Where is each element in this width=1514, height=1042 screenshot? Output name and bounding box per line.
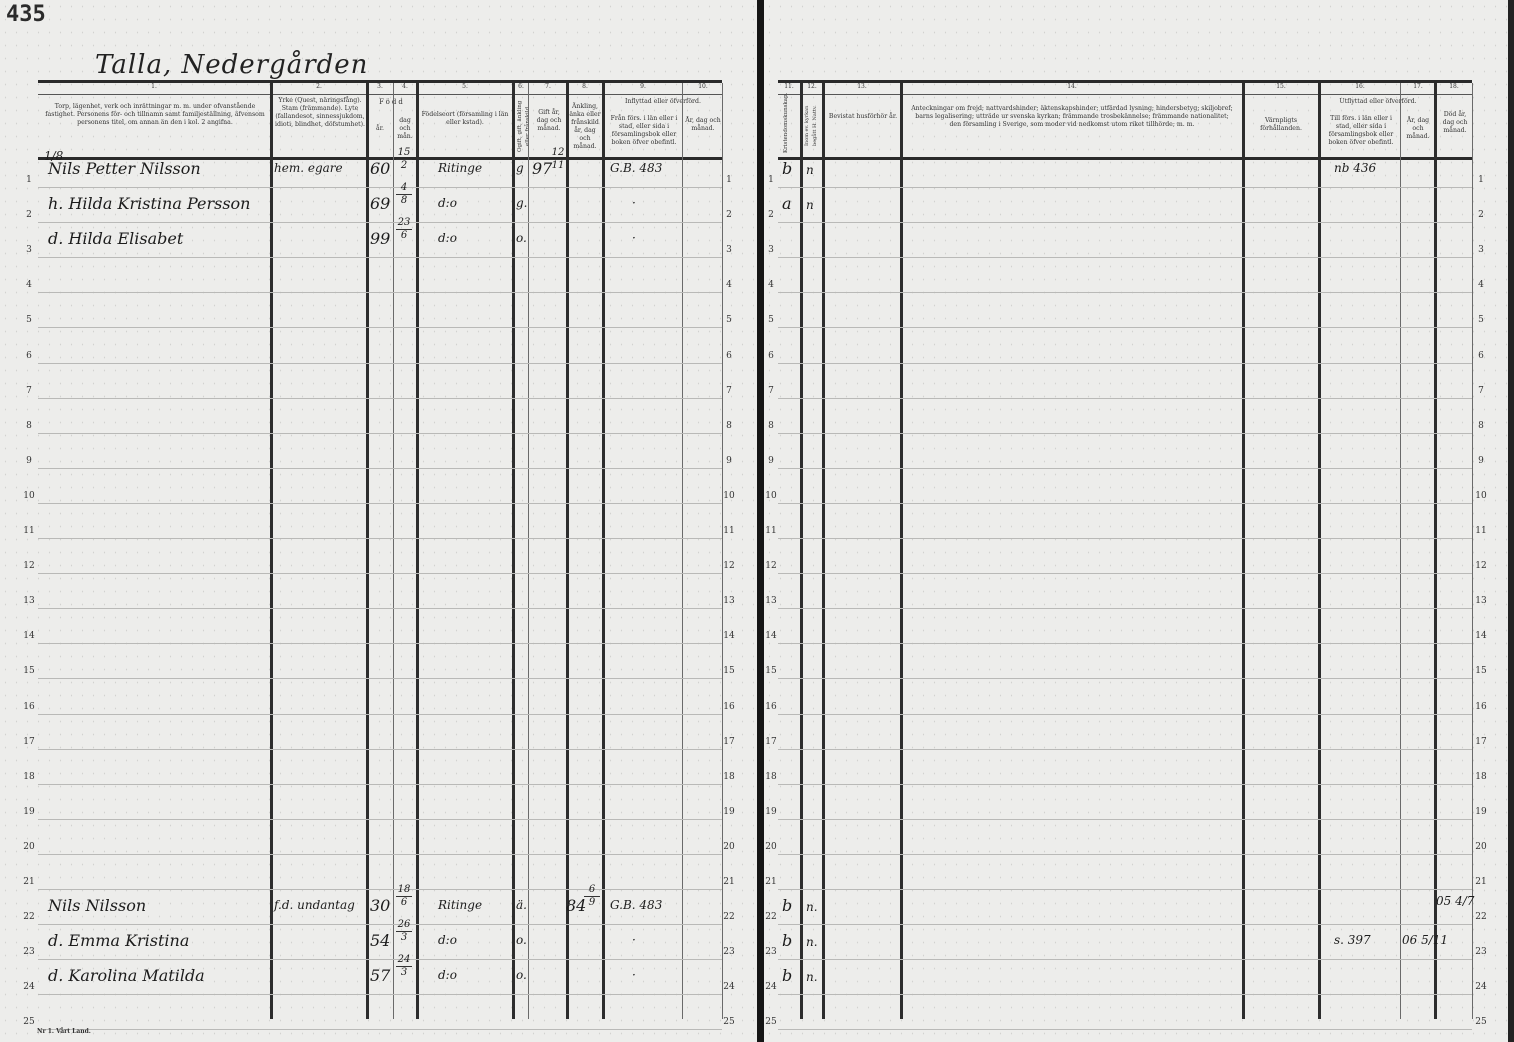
- birth-day-month: 236: [396, 217, 412, 242]
- row-number-right: 13: [722, 596, 736, 606]
- marital-status: g: [516, 161, 524, 175]
- row-number-right: 5: [1474, 315, 1488, 325]
- row-number-left: 9: [764, 456, 778, 466]
- row-number-left: 24: [764, 982, 778, 992]
- row-line: [38, 503, 722, 504]
- row-line: [38, 222, 722, 223]
- left-page: 435 Talla, Nedergården 1. 2. 3. 4. 5. 6.…: [0, 0, 757, 1042]
- row-number-left: 12: [764, 561, 778, 571]
- col-number: 5.: [418, 83, 512, 90]
- christian-knowledge: b: [782, 931, 792, 950]
- row-number-left: 18: [22, 772, 36, 782]
- widowed-day-month: 69: [584, 884, 600, 909]
- christian-knowledge: b: [782, 159, 792, 178]
- column-divider: [800, 83, 803, 1019]
- moved-in-from: G.B. 483: [610, 898, 662, 912]
- marital-status: g.: [516, 196, 528, 210]
- footer-note: Nr 1. Vårt Land.: [37, 1028, 91, 1035]
- header-col18: Död år, dag och månad.: [1438, 111, 1472, 135]
- column-divider: [822, 83, 825, 1019]
- row-number-right: 14: [1474, 631, 1488, 641]
- header-col1: Torp, lägenhet, verk och inrättningar m.…: [44, 103, 266, 127]
- row-number-left: 4: [764, 280, 778, 290]
- christian-knowledge: a: [782, 194, 792, 213]
- row-number-left: 22: [22, 912, 36, 922]
- row-line: [38, 538, 722, 539]
- moved-in-from: ·: [632, 196, 636, 210]
- row-number-right: 21: [722, 877, 736, 887]
- row-line: [778, 327, 1472, 328]
- row-number-right: 18: [1474, 772, 1488, 782]
- column-number-row: 11. 12. 13. 14. 15. 16. 17. 18.: [778, 83, 1472, 95]
- header-col9: Från förs. i län eller i stad, eller sid…: [606, 115, 682, 147]
- moved-out-to: s. 397: [1334, 933, 1371, 947]
- row-number-left: 15: [764, 666, 778, 676]
- header-col8: Änkling, änka eller frånskild år, dag oc…: [568, 103, 602, 151]
- row-line: [38, 187, 722, 188]
- row-number-right: 16: [1474, 702, 1488, 712]
- birth-year: 57: [370, 966, 390, 985]
- row-number-right: 14: [722, 631, 736, 641]
- birth-day-month: 263: [396, 919, 412, 944]
- birth-year: 54: [370, 931, 390, 950]
- row-number-left: 17: [764, 737, 778, 747]
- header-moved-out: Utflyttad eller öfverförd.: [1322, 98, 1434, 106]
- header-col13: Bevistat husförhör år.: [828, 113, 898, 121]
- row-number-right: 2: [722, 210, 736, 220]
- row-number-right: 1: [722, 175, 736, 185]
- row-number-left: 1: [764, 175, 778, 185]
- column-divider: [270, 83, 273, 1019]
- header-col15: Värnpligts förhållanden.: [1246, 117, 1316, 133]
- married-day-month: 1211: [550, 147, 566, 172]
- header-col16: Till förs. i län eller i stad, eller sid…: [1322, 115, 1400, 147]
- row-number-right: 11: [722, 526, 736, 536]
- header-row: Kristendomskunskap. Inom ev. kyrkan begå…: [778, 95, 1472, 160]
- row-number-right: 24: [1474, 982, 1488, 992]
- row-number-right: 20: [722, 842, 736, 852]
- moved-in-from: ·: [632, 933, 636, 947]
- occupation: hem. egare: [274, 161, 343, 175]
- row-number-right: 23: [722, 947, 736, 957]
- birthplace: d:o: [438, 933, 457, 947]
- row-number-right: 25: [1474, 1017, 1488, 1027]
- communion: n.: [806, 900, 818, 914]
- col-number: 17.: [1402, 83, 1434, 90]
- birthplace: Ritinge: [438, 161, 482, 175]
- row-line: [778, 573, 1472, 574]
- page-number: 435: [6, 2, 46, 27]
- row-number-left: 25: [764, 1017, 778, 1027]
- row-line: [38, 959, 722, 960]
- row-number-right: 25: [722, 1017, 736, 1027]
- row-number-right: 12: [722, 561, 736, 571]
- moved-out-date: 06 5/11: [1402, 933, 1448, 947]
- row-line: [778, 854, 1472, 855]
- row-number-right: 10: [722, 491, 736, 501]
- communion: n: [806, 198, 814, 212]
- row-number-left: 3: [764, 245, 778, 255]
- row-line: [778, 714, 1472, 715]
- column-divider: [900, 83, 903, 1019]
- death-date: 05 4/7: [1436, 894, 1474, 908]
- row-number-right: 17: [1474, 737, 1488, 747]
- row-number-left: 8: [764, 421, 778, 431]
- communion: n.: [806, 970, 818, 984]
- row-number-right: 11: [1474, 526, 1488, 536]
- row-number-left: 10: [22, 491, 36, 501]
- row-number-left: 3: [22, 245, 36, 255]
- column-divider: [566, 83, 569, 1019]
- column-number-row: 1. 2. 3. 4. 5. 6. 7. 8. 9. 10.: [38, 83, 722, 95]
- row-number-right: 2: [1474, 210, 1488, 220]
- col-number: 16.: [1320, 83, 1400, 90]
- col-number: 12.: [802, 83, 822, 90]
- row-number-left: 12: [22, 561, 36, 571]
- row-line: [778, 784, 1472, 785]
- row-line: [38, 257, 722, 258]
- row-line: [778, 994, 1472, 995]
- column-divider: [1472, 83, 1473, 1019]
- row-line: [778, 222, 1472, 223]
- row-number-left: 13: [764, 596, 778, 606]
- col-number: 8.: [568, 83, 602, 90]
- birthplace: d:o: [438, 196, 457, 210]
- moved-in-from: ·: [632, 968, 636, 982]
- row-number-left: 8: [22, 421, 36, 431]
- book-gutter: [757, 0, 764, 1042]
- row-line: [778, 398, 1472, 399]
- row-line: [778, 959, 1472, 960]
- row-number-right: 6: [1474, 351, 1488, 361]
- row-line: [38, 1029, 722, 1030]
- column-divider: [1242, 83, 1245, 1019]
- header-col10: År, dag och månad.: [684, 117, 722, 133]
- row-line: [38, 608, 722, 609]
- row-number-right: 8: [722, 421, 736, 431]
- person-name: d. Emma Kristina: [48, 931, 189, 950]
- col-number: 3.: [368, 83, 392, 90]
- row-line: [38, 924, 722, 925]
- moved-in-from: ·: [632, 231, 636, 245]
- right-register-table: 11. 12. 13. 14. 15. 16. 17. 18. Kristend…: [778, 80, 1472, 1019]
- row-number-right: 7: [722, 386, 736, 396]
- row-line: [778, 643, 1472, 644]
- col-number: 15.: [1244, 83, 1318, 90]
- row-number-left: 22: [764, 912, 778, 922]
- row-number-right: 24: [722, 982, 736, 992]
- row-number-right: 15: [1474, 666, 1488, 676]
- row-number-left: 20: [22, 842, 36, 852]
- row-number-right: 23: [1474, 947, 1488, 957]
- row-number-left: 11: [22, 526, 36, 536]
- row-line: [38, 327, 722, 328]
- row-number-right: 7: [1474, 386, 1488, 396]
- row-line: [778, 678, 1472, 679]
- col-number: 18.: [1436, 83, 1472, 90]
- row-number-right: 12: [1474, 561, 1488, 571]
- col-number: 13.: [824, 83, 900, 90]
- row-number-left: 10: [764, 491, 778, 501]
- row-number-left: 2: [22, 210, 36, 220]
- row-number-left: 17: [22, 737, 36, 747]
- row-number-right: 5: [722, 315, 736, 325]
- left-register-table: 1. 2. 3. 4. 5. 6. 7. 8. 9. 10. Torp, läg…: [38, 80, 722, 1019]
- row-number-right: 21: [1474, 877, 1488, 887]
- row-number-right: 9: [1474, 456, 1488, 466]
- column-divider: [393, 83, 394, 1019]
- col-number: 11.: [778, 83, 800, 90]
- person-name: Nils Petter Nilsson: [48, 159, 201, 178]
- birth-year: 60: [370, 159, 390, 178]
- row-line: [778, 187, 1472, 188]
- person-name: h. Hilda Kristina Persson: [48, 194, 250, 213]
- header-col7: Gift år, dag och månad.: [532, 109, 566, 133]
- row-number-left: 20: [764, 842, 778, 852]
- row-number-right: 19: [1474, 807, 1488, 817]
- row-number-left: 14: [22, 631, 36, 641]
- row-line: [778, 538, 1472, 539]
- row-number-right: 3: [722, 245, 736, 255]
- header-col3: år.: [368, 125, 392, 133]
- row-number-left: 14: [764, 631, 778, 641]
- row-number-right: 20: [1474, 842, 1488, 852]
- row-line: [778, 257, 1472, 258]
- row-line: [38, 398, 722, 399]
- header-moved-in: Inflyttad eller öfverförd.: [606, 98, 720, 106]
- header-col2: Yrke (Quest, näringsfång). Stam (främman…: [274, 97, 366, 129]
- row-number-left: 16: [22, 702, 36, 712]
- row-number-right: 22: [1474, 912, 1488, 922]
- header-col14: Anteckningar om frejd; nattvardshinder; …: [910, 105, 1234, 129]
- row-line: [778, 749, 1472, 750]
- column-divider: [682, 83, 683, 1019]
- header-col6: Ogift, gift, änkling eller frånskild: [516, 97, 532, 155]
- row-number-right: 8: [1474, 421, 1488, 431]
- row-number-left: 7: [22, 386, 36, 396]
- marital-status: o.: [516, 968, 527, 982]
- row-number-left: 6: [22, 351, 36, 361]
- row-line: [38, 819, 722, 820]
- christian-knowledge: b: [782, 966, 792, 985]
- row-line: [778, 503, 1472, 504]
- marital-status: o.: [516, 933, 527, 947]
- birth-year: 99: [370, 229, 390, 248]
- row-number-left: 6: [764, 351, 778, 361]
- row-number-left: 13: [22, 596, 36, 606]
- row-number-left: 5: [764, 315, 778, 325]
- row-number-right: 4: [1474, 280, 1488, 290]
- column-divider: [1434, 83, 1437, 1019]
- row-number-left: 23: [764, 947, 778, 957]
- row-number-right: 19: [722, 807, 736, 817]
- row-number-left: 16: [764, 702, 778, 712]
- row-number-right: 17: [722, 737, 736, 747]
- person-name: d. Hilda Elisabet: [48, 229, 183, 248]
- row-line: [778, 889, 1472, 890]
- row-number-left: 1: [22, 175, 36, 185]
- header-col4: dag och mån.: [394, 117, 416, 141]
- row-line: [778, 1029, 1472, 1030]
- col-number: 9.: [604, 83, 682, 90]
- row-number-right: 18: [722, 772, 736, 782]
- place-title: Talla, Nedergården: [95, 50, 368, 80]
- row-number-left: 24: [22, 982, 36, 992]
- header-col17: År, dag och månad.: [1402, 117, 1434, 141]
- birth-year: 69: [370, 194, 390, 213]
- occupation: f.d. undantag: [274, 898, 355, 912]
- row-line: [38, 889, 722, 890]
- row-line: [778, 468, 1472, 469]
- row-number-right: 15: [722, 666, 736, 676]
- row-number-right: 10: [1474, 491, 1488, 501]
- row-line: [38, 994, 722, 995]
- row-line: [778, 819, 1472, 820]
- communion: n: [806, 163, 814, 177]
- row-line: [38, 678, 722, 679]
- row-number-left: 7: [764, 386, 778, 396]
- row-number-right: 3: [1474, 245, 1488, 255]
- moved-in-from: G.B. 483: [610, 161, 662, 175]
- col-number: 6.: [514, 83, 528, 90]
- row-number-left: 11: [764, 526, 778, 536]
- row-number-right: 4: [722, 280, 736, 290]
- row-line: [778, 608, 1472, 609]
- row-number-left: 2: [764, 210, 778, 220]
- col-number: 14.: [902, 83, 1242, 90]
- birthplace: Ritinge: [438, 898, 482, 912]
- row-number-left: 18: [764, 772, 778, 782]
- row-line: [38, 292, 722, 293]
- row-line: [38, 433, 722, 434]
- row-number-left: 19: [22, 807, 36, 817]
- row-number-left: 4: [22, 280, 36, 290]
- col-number: 10.: [684, 83, 722, 90]
- header-col11: Kristendomskunskap.: [782, 99, 790, 153]
- row-line: [778, 292, 1472, 293]
- row-number-left: 5: [22, 315, 36, 325]
- birth-year: 30: [370, 896, 390, 915]
- row-line: [38, 854, 722, 855]
- row-line: [38, 643, 722, 644]
- row-line: [38, 573, 722, 574]
- row-number-left: 15: [22, 666, 36, 676]
- row-number-left: 21: [22, 877, 36, 887]
- birth-day-month: 243: [396, 954, 412, 979]
- row-number-left: 23: [22, 947, 36, 957]
- right-page: 11. 12. 13. 14. 15. 16. 17. 18. Kristend…: [764, 0, 1514, 1042]
- row-line: [778, 433, 1472, 434]
- row-number-left: 25: [22, 1017, 36, 1027]
- header-col12: Inom ev. kyrkan begått H. Nattv.: [803, 97, 819, 155]
- birth-day-month: 48: [396, 182, 412, 207]
- christian-knowledge: b: [782, 896, 792, 915]
- col-number: 4.: [394, 83, 416, 90]
- row-number-right: 16: [722, 702, 736, 712]
- row-number-right: 22: [722, 912, 736, 922]
- marital-status: ä.: [516, 898, 527, 912]
- row-number-right: 6: [722, 351, 736, 361]
- marital-status: o.: [516, 231, 527, 245]
- column-divider: [512, 83, 515, 1019]
- column-divider: [416, 83, 419, 1019]
- row-line: [38, 749, 722, 750]
- page-edge: [1508, 0, 1514, 1042]
- header-col5: Födelseort (församling i län eller kstad…: [420, 111, 510, 127]
- person-name: d. Karolina Matilda: [48, 966, 205, 985]
- row-line: [778, 363, 1472, 364]
- row-number-left: 21: [764, 877, 778, 887]
- row-number-right: 13: [1474, 596, 1488, 606]
- row-line: [38, 714, 722, 715]
- col-number: 1.: [38, 83, 270, 90]
- row-line: [778, 924, 1472, 925]
- column-divider: [1318, 83, 1321, 1019]
- row-number-left: 19: [764, 807, 778, 817]
- header-born: Född: [368, 98, 416, 106]
- column-divider: [366, 83, 369, 1019]
- col-number: 2.: [272, 83, 366, 90]
- row-number-left: 9: [22, 456, 36, 466]
- moved-out-to: nb 436: [1334, 161, 1376, 175]
- row-line: [38, 468, 722, 469]
- birthplace: d:o: [438, 968, 457, 982]
- column-divider: [1400, 83, 1401, 1019]
- header-row: Torp, lägenhet, verk och inrättningar m.…: [38, 95, 722, 160]
- col-number: 7.: [530, 83, 566, 90]
- row-line: [38, 363, 722, 364]
- communion: n.: [806, 935, 818, 949]
- column-divider: [602, 83, 605, 1019]
- row-number-right: 9: [722, 456, 736, 466]
- row-number-right: 1: [1474, 175, 1488, 185]
- row-line: [38, 784, 722, 785]
- birth-day-month: 186: [396, 884, 412, 909]
- birth-day-month: 152: [396, 147, 412, 172]
- person-name: Nils Nilsson: [48, 896, 146, 915]
- birthplace: d:o: [438, 231, 457, 245]
- column-divider: [528, 83, 529, 1019]
